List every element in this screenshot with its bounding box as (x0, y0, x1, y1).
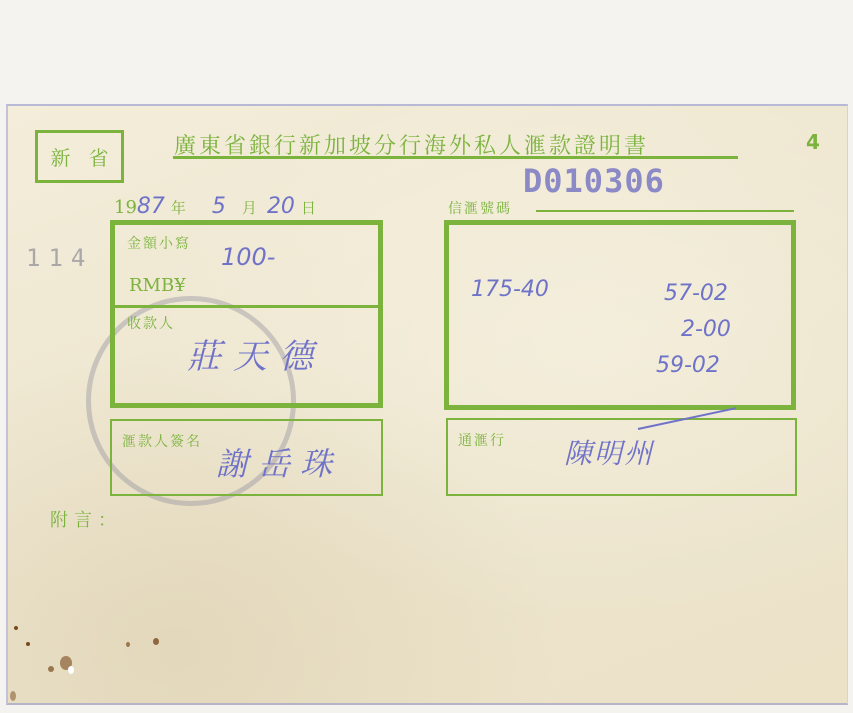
stain-spot (26, 642, 30, 646)
calc-line-1: 57-02 (664, 281, 728, 306)
stain-spot (10, 691, 16, 701)
calc-line-2: 2-00 (681, 317, 731, 342)
side-stamp-number: 114 (26, 244, 93, 272)
year-label: 年 (171, 197, 186, 218)
corner-label-box: 新 省 (35, 130, 124, 183)
title-underline (173, 156, 738, 159)
day-label: 日 (301, 197, 316, 218)
amount-payee-box: 金額小寫 100- RMB¥ 收款人 莊天德 (110, 220, 383, 408)
remittance-certificate: 新 省 廣東省銀行新加坡分行海外私人滙款證明書 4 D010306 信滙號碼 1… (6, 104, 848, 705)
payee-label: 收款人 (127, 313, 175, 333)
calc-line-3: 59-02 (656, 353, 720, 378)
calc-left-value: 175-40 (471, 277, 549, 302)
corner-label-char-2: 省 (89, 142, 109, 171)
corner-label-char-1: 新 (51, 142, 71, 171)
amount-value: 100- (221, 243, 275, 271)
amount-divider (115, 305, 378, 308)
signature-stroke (638, 407, 736, 430)
currency-label: RMB¥ (129, 275, 186, 296)
payee-name: 莊天德 (187, 329, 325, 378)
amount-label: 金額小寫 (127, 233, 191, 253)
paper-hole (68, 666, 74, 674)
year-prefix: 19 (114, 197, 137, 218)
year-handwritten: 87 (137, 194, 165, 219)
serial-label: 信滙號碼 (448, 198, 512, 218)
serial-underline (536, 210, 794, 212)
bank-signature: 陳明州 (564, 432, 654, 472)
serial-number: D010306 (523, 162, 665, 200)
calculation-box: 175-40 57-02 2-00 59-02 (444, 220, 796, 410)
month-label: 月 (242, 197, 257, 218)
month-value: 5 (212, 194, 226, 219)
remarks-label: 附言： (50, 506, 122, 532)
stain-spot (14, 626, 18, 630)
stain-spot (153, 638, 159, 645)
remitter-signature: 謝岳珠 (216, 439, 342, 485)
remitter-signature-box: 滙款人簽名 謝岳珠 (110, 419, 383, 496)
remitter-label: 滙款人簽名 (122, 431, 202, 451)
bank-label: 通滙行 (458, 430, 506, 450)
date-line: 19 87 年 5 月 20 日 (114, 194, 326, 219)
form-number: 4 (806, 130, 820, 154)
day-value: 20 (267, 194, 295, 219)
remitting-bank-box: 通滙行 陳明州 (446, 418, 797, 496)
stain-spot (48, 666, 54, 672)
stain-spot (126, 642, 130, 647)
